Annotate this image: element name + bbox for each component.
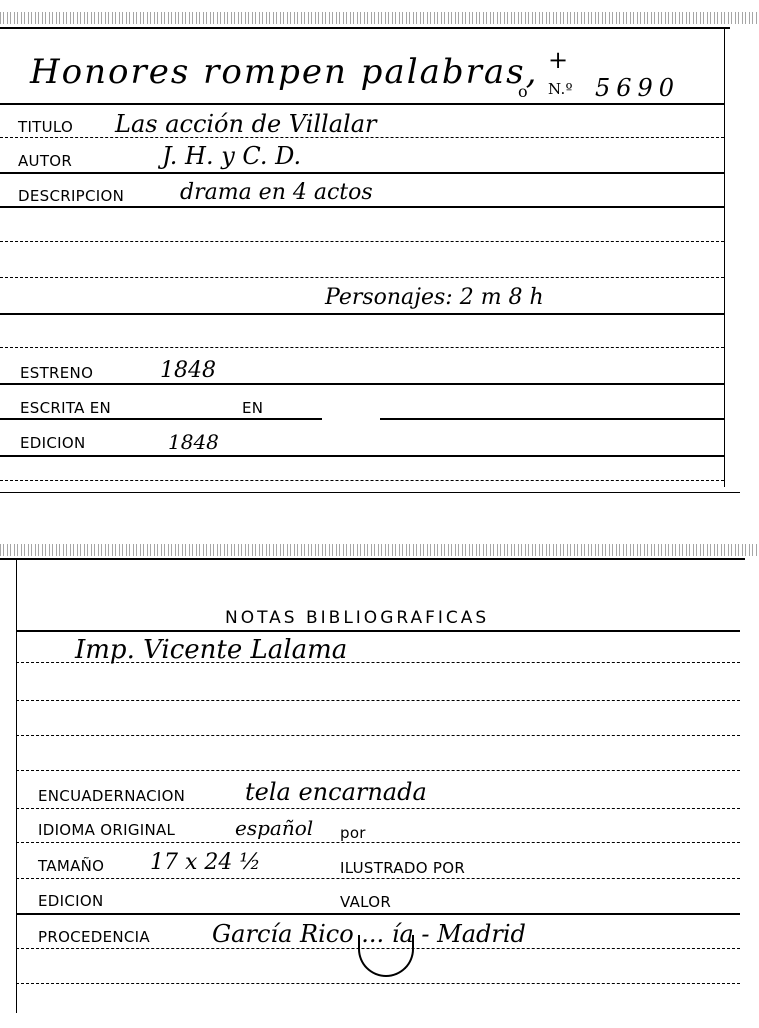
autor-value: J. H. y C. D. (162, 142, 301, 170)
rule (0, 480, 724, 481)
estreno-value: 1848 (160, 358, 216, 383)
rule (16, 913, 740, 915)
ink-stamp-mark (358, 935, 414, 977)
rule (16, 630, 740, 632)
scan-noise-edge (0, 544, 759, 556)
rule (16, 808, 740, 809)
rule (16, 983, 740, 984)
rule (16, 948, 740, 949)
rule (0, 241, 724, 242)
rule (0, 172, 724, 174)
escrita-en-label: ESCRITA EN (20, 399, 111, 417)
rule (16, 770, 740, 771)
descripcion-value: drama en 4 actos (180, 180, 373, 205)
tamano-value: 17 x 24 ½ (150, 850, 261, 875)
notas-value: Imp. Vicente Lalama (75, 635, 347, 665)
rule (380, 418, 724, 420)
edicion-value: 1848 (168, 430, 219, 454)
rule (16, 700, 740, 701)
card-top-border (0, 27, 730, 29)
rule (16, 878, 740, 879)
rule (16, 662, 740, 663)
circle-mark: o (518, 82, 528, 101)
card-left-border (16, 558, 17, 1013)
rule (0, 206, 724, 208)
idioma-por-label: por (340, 824, 366, 842)
procedencia-label: PROCEDENCIA (38, 928, 150, 946)
personajes-value: Personajes: 2 m 8 h (325, 285, 544, 310)
card-bottom-border (0, 492, 740, 493)
autor-label: AUTOR (18, 152, 72, 170)
encuadernacion-value: tela encarnada (245, 778, 427, 806)
edicion-label: EDICION (20, 434, 85, 452)
encuadernacion-label: ENCUADERNACION (38, 787, 185, 805)
idioma-original-value: español (235, 816, 313, 840)
catalog-card-front: Honores rompen palabras, o + N.º 5690 TI… (0, 0, 759, 495)
rule (0, 137, 724, 138)
rule (0, 103, 724, 105)
rule (0, 347, 724, 348)
rule (16, 735, 740, 736)
number-value: 5690 (595, 74, 680, 102)
obra-title: Honores rompen palabras, (30, 52, 538, 92)
card-top-border (0, 558, 745, 560)
edicion-label: EDICION (38, 892, 103, 910)
valor-label: VALOR (340, 893, 391, 911)
en-label: EN (242, 399, 263, 417)
estreno-label: ESTRENO (20, 364, 93, 382)
titulo-label: TITULO (18, 118, 73, 136)
titulo-value: Las acción de Villalar (115, 110, 377, 138)
descripcion-label: DESCRIPCION (18, 187, 124, 205)
rule (0, 277, 724, 278)
tamano-label: TAMAÑO (38, 857, 104, 875)
number-label: N.º (548, 80, 573, 98)
notas-heading: NOTAS BIBLIOGRAFICAS (225, 608, 489, 628)
rule (0, 418, 322, 420)
catalog-card-back: NOTAS BIBLIOGRAFICAS Imp. Vicente Lalama… (0, 540, 759, 1028)
rule (0, 313, 724, 315)
ilustrado-por-label: ILUSTRADO POR (340, 859, 465, 877)
cross-mark: + (548, 46, 568, 74)
scan-noise-edge (0, 12, 759, 24)
rule (0, 455, 724, 457)
idioma-original-label: IDIOMA ORIGINAL (38, 821, 175, 839)
rule (0, 383, 724, 385)
card-right-border (724, 27, 725, 487)
rule (16, 842, 740, 843)
